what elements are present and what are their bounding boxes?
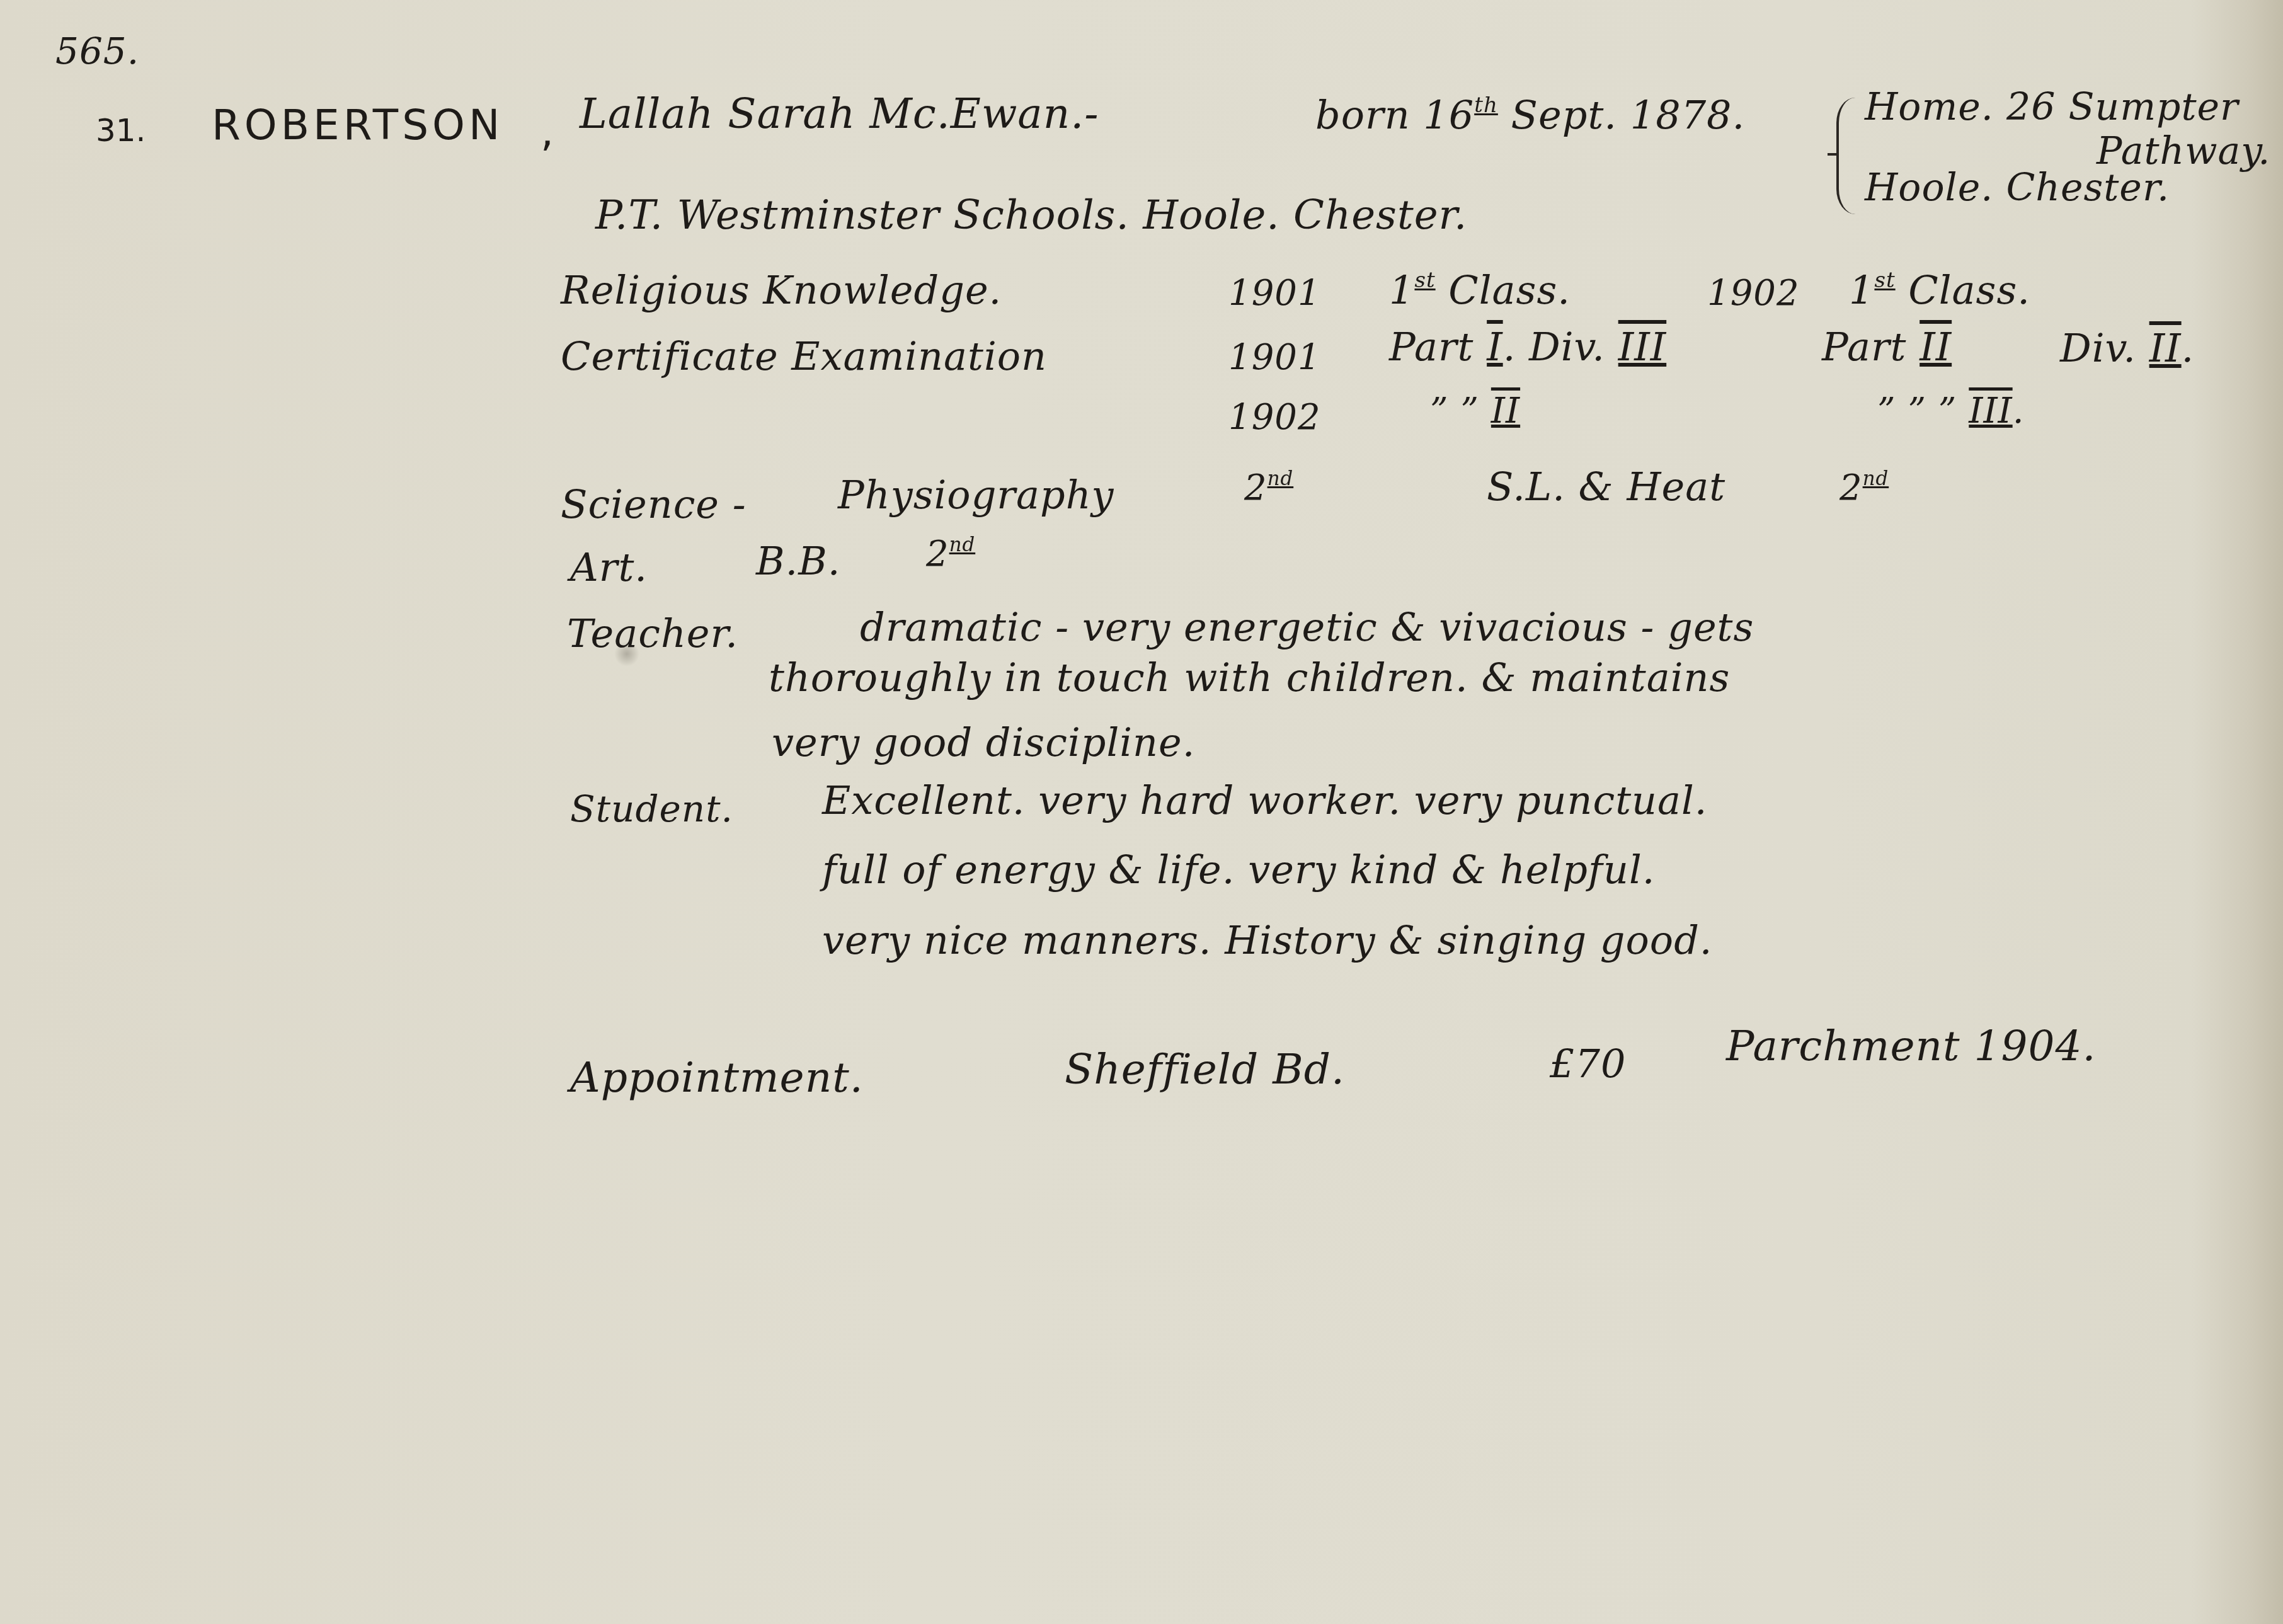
birth-date-day: born 16 xyxy=(1315,92,1474,138)
teacher-label: Teacher. xyxy=(567,614,738,653)
entry-number: 31. xyxy=(96,112,146,149)
home-address-line1: Home. 26 Sumpter xyxy=(1865,88,2239,126)
certificate-exam-1901-part2-div: Div. II. xyxy=(2060,329,2194,368)
given-names: Lallah Sarah Mc.Ewan.- xyxy=(580,93,1099,135)
student-remark-line: full of energy & life. very kind & helpf… xyxy=(822,850,1655,889)
teacher-remark-line: dramatic - very energetic & vivacious - … xyxy=(860,608,1754,647)
certificate-exam-1902-part1: ” ” II xyxy=(1430,394,1520,429)
teacher-remark-line: thoroughly in touch with children. & mai… xyxy=(769,658,1730,697)
certificate-exam-1902-part2: ” ” ” III. xyxy=(1877,394,2024,429)
science-label: Science - xyxy=(561,485,747,524)
religious-knowledge-year-1: 1901 xyxy=(1228,276,1321,311)
certificate-exam-label: Certificate Examination xyxy=(561,337,1047,376)
folio-number: 565. xyxy=(55,33,139,69)
certificate-exam-year-1902: 1902 xyxy=(1228,400,1321,435)
appointment-place: Sheffield Bd. xyxy=(1065,1049,1345,1090)
religious-knowledge-label: Religious Knowledge. xyxy=(561,271,1002,310)
religious-knowledge-grade-1: 1st Class. xyxy=(1389,270,1571,310)
science-subject-sl-heat: S.L. & Heat xyxy=(1487,467,1725,506)
birth-date-month-year: Sept. 1878. xyxy=(1498,92,1745,138)
art-grade: 2nd xyxy=(926,535,975,572)
student-remark-line: very nice manners. History & singing goo… xyxy=(822,921,1713,960)
teacher-remark-line: very good discipline. xyxy=(772,723,1195,762)
science-sl-heat-grade: 2nd xyxy=(1840,469,1889,506)
birth-date: born 16th Sept. 1878. xyxy=(1315,94,1745,135)
home-address-line2: Pathway. xyxy=(2097,132,2270,170)
appointment-salary: £70 xyxy=(1550,1044,1626,1084)
science-physiography-grade: 2nd xyxy=(1244,469,1293,506)
art-subject: B.B. xyxy=(756,542,841,581)
student-label: Student. xyxy=(570,791,733,827)
birth-date-ordinal: th xyxy=(1474,93,1498,118)
surname-comma: , xyxy=(541,107,554,156)
pupil-teacher-school: P.T. Westminster Schools. Hoole. Chester… xyxy=(595,195,1467,236)
certificate-exam-year-1901: 1901 xyxy=(1228,340,1321,375)
art-label: Art. xyxy=(570,548,648,587)
religious-knowledge-grade-2: 1st Class. xyxy=(1849,270,2030,310)
certificate-exam-1901-part2: Part II xyxy=(1822,328,1952,367)
appointment-parchment: Parchment 1904. xyxy=(1726,1026,2096,1067)
address-brace-icon xyxy=(1836,98,1858,214)
home-address-line3: Hoole. Chester. xyxy=(1865,169,2170,207)
religious-knowledge-year-2: 1902 xyxy=(1707,276,1800,311)
certificate-exam-1901-part1: Part I. Div. III xyxy=(1389,328,1666,367)
register-page: 565. 31. ROBERTSON , Lallah Sarah Mc.Ewa… xyxy=(0,0,2283,1624)
science-subject-physiography: Physiography xyxy=(838,476,1114,515)
appointment-label: Appointment. xyxy=(570,1057,864,1099)
student-remark-line: Excellent. very hard worker. very punctu… xyxy=(822,781,1708,820)
surname: ROBERTSON xyxy=(212,101,503,149)
